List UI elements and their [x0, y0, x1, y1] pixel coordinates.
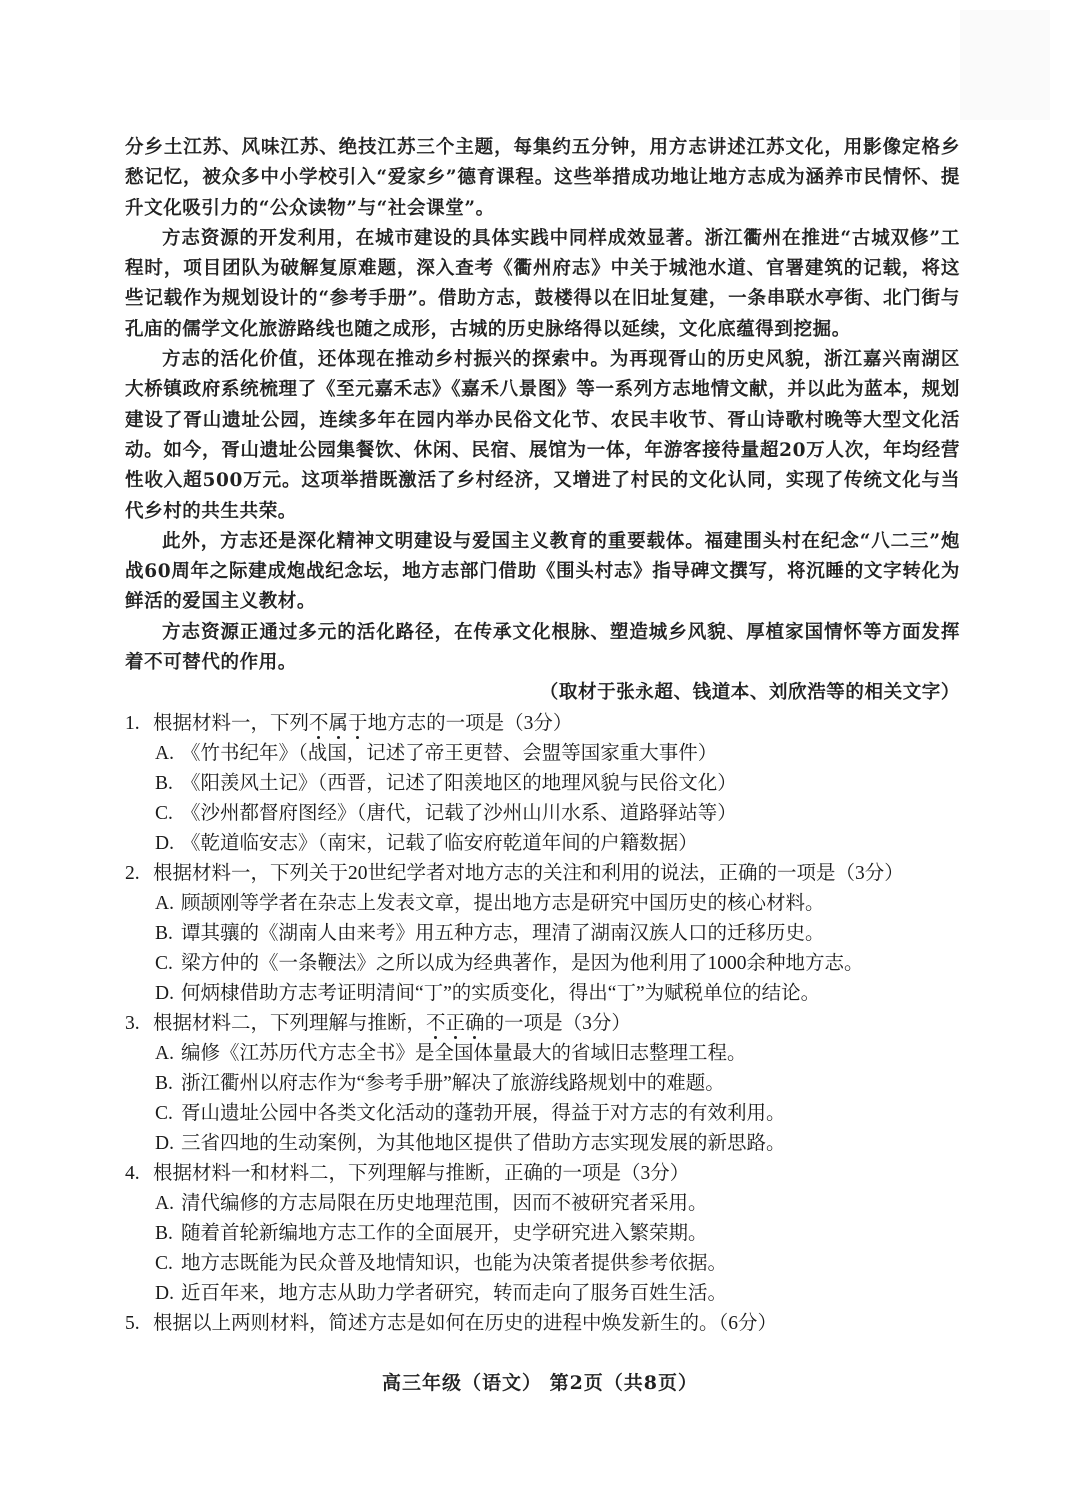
option-c: C.胥山遗址公园中各类文化活动的蓬勃开展，得益于对方志的有效利用。 [155, 1099, 960, 1129]
option-a: A.顾颉刚等学者在杂志上发表文章，提出地方志是研究中国历史的核心材料。 [155, 889, 960, 919]
stem-text: 根据材料一，下列 [153, 713, 309, 734]
stem-text: 根据材料一和材料二，下列理解与推断，正确的一项是（3分） [153, 1163, 689, 1184]
option-text: 三省四地的生动案例，为其他地区提供了借助方志实现发展的新思路。 [181, 1133, 786, 1154]
emphasis-text: 不正确 [426, 1013, 485, 1034]
option-label: A. [155, 889, 181, 919]
material-paragraph: 方志资源的开发利用，在城市建设的具体实践中同样成效显著。浙江衢州在推进“古城双修… [125, 224, 960, 345]
question-1: 1.根据材料一，下列不属于地方志的一项是（3分） A.《竹书纪年》（战国，记述了… [125, 709, 960, 859]
option-b: B.《阳羡风土记》（西晋，记述了阳羡地区的地理风貌与民俗文化） [155, 769, 960, 799]
question-number: 2. [125, 859, 153, 889]
option-label: D. [155, 829, 181, 859]
stem-text: 根据材料二，下列理解与推断， [153, 1013, 426, 1034]
option-d: D.《乾道临安志》（南宋，记载了临安府乾道年间的户籍数据） [155, 829, 960, 859]
emphasis-text: 不属于 [309, 713, 368, 734]
option-text: 胥山遗址公园中各类文化活动的蓬勃开展，得益于对方志的有效利用。 [181, 1103, 786, 1124]
option-text: 《阳羡风土记》（西晋，记述了阳羡地区的地理风貌与民俗文化） [181, 773, 737, 794]
option-label: B. [155, 1069, 181, 1099]
stem-text: 地方志的一项是（3分） [368, 713, 573, 734]
question-number: 4. [125, 1159, 153, 1189]
material-paragraph: 方志资源正通过多元的活化路径，在传承文化根脉、塑造城乡风貌、厚植家国情怀等方面发… [125, 618, 960, 679]
question-list: 1.根据材料一，下列不属于地方志的一项是（3分） A.《竹书纪年》（战国，记述了… [125, 709, 960, 1339]
option-label: D. [155, 1279, 181, 1309]
option-c: C.梁方仲的《一条鞭法》之所以成为经典著作，是因为他利用了1000余种地方志。 [155, 949, 960, 979]
option-text: 何炳棣借助方志考证明清间“丁”的实质变化，得出“丁”为赋税单位的结论。 [181, 983, 820, 1004]
question-stem: 5.根据以上两则材料，简述方志是如何在历史的进程中焕发新生的。（6分） [125, 1309, 960, 1339]
question-stem: 3.根据材料二，下列理解与推断，不正确的一项是（3分） [125, 1009, 960, 1039]
question-stem: 4.根据材料一和材料二，下列理解与推断，正确的一项是（3分） [125, 1159, 960, 1189]
material-paragraph: 方志的活化价值，还体现在推动乡村振兴的探索中。为再现胥山的历史风貌，浙江嘉兴南湖… [125, 345, 960, 527]
question-number: 3. [125, 1009, 153, 1039]
option-a: A.清代编修的方志局限在历史地理范围，因而不被研究者采用。 [155, 1189, 960, 1219]
reading-material: 分乡土江苏、风味江苏、绝技江苏三个主题，每集约五分钟，用方志讲述江苏文化，用影像… [125, 133, 960, 709]
option-text: 地方志既能为民众普及地情知识，也能为决策者提供参考依据。 [181, 1253, 727, 1274]
option-label: A. [155, 1039, 181, 1069]
option-text: 《竹书纪年》（战国，记述了帝王更替、会盟等国家重大事件） [181, 743, 717, 764]
option-label: C. [155, 1099, 181, 1129]
option-label: B. [155, 919, 181, 949]
option-text: 近百年来，地方志从助力学者研究，转而走向了服务百姓生活。 [181, 1283, 727, 1304]
option-text: 随着首轮新编地方志工作的全面展开，史学研究进入繁荣期。 [181, 1223, 708, 1244]
option-text: 梁方仲的《一条鞭法》之所以成为经典著作，是因为他利用了1000余种地方志。 [181, 953, 864, 974]
option-d: D.何炳棣借助方志考证明清间“丁”的实质变化，得出“丁”为赋税单位的结论。 [155, 979, 960, 1009]
exam-page: 分乡土江苏、风味江苏、绝技江苏三个主题，每集约五分钟，用方志讲述江苏文化，用影像… [125, 133, 960, 1339]
question-stem: 2.根据材料一，下列关于20世纪学者对地方志的关注和利用的说法，正确的一项是（3… [125, 859, 960, 889]
material-paragraph: 此外，方志还是深化精神文明建设与爱国主义教育的重要载体。福建围头村在纪念“八二三… [125, 527, 960, 618]
page-footer: 高三年级（语文） 第2页（共8页） [0, 1368, 1080, 1395]
option-text: 编修《江苏历代方志全书》是全国体量最大的省域旧志整理工程。 [181, 1043, 747, 1064]
question-4: 4.根据材料一和材料二，下列理解与推断，正确的一项是（3分） A.清代编修的方志… [125, 1159, 960, 1309]
stem-text: 根据以上两则材料，简述方志是如何在历史的进程中焕发新生的。（6分） [153, 1313, 777, 1334]
option-a: A.《竹书纪年》（战国，记述了帝王更替、会盟等国家重大事件） [155, 739, 960, 769]
scan-artifact [960, 10, 1050, 120]
stem-text: 的一项是（3分） [485, 1013, 631, 1034]
material-paragraph: 分乡土江苏、风味江苏、绝技江苏三个主题，每集约五分钟，用方志讲述江苏文化，用影像… [125, 133, 960, 224]
question-2: 2.根据材料一，下列关于20世纪学者对地方志的关注和利用的说法，正确的一项是（3… [125, 859, 960, 1009]
option-label: B. [155, 1219, 181, 1249]
option-a: A.编修《江苏历代方志全书》是全国体量最大的省域旧志整理工程。 [155, 1039, 960, 1069]
option-text: 谭其骧的《湖南人由来考》用五种方志，理清了湖南汉族人口的迁移历史。 [181, 923, 825, 944]
option-b: B.浙江衢州以府志作为“参考手册”解决了旅游线路规划中的难题。 [155, 1069, 960, 1099]
question-3: 3.根据材料二，下列理解与推断，不正确的一项是（3分） A.编修《江苏历代方志全… [125, 1009, 960, 1159]
question-stem: 1.根据材料一，下列不属于地方志的一项是（3分） [125, 709, 960, 739]
option-label: C. [155, 1249, 181, 1279]
option-label: B. [155, 769, 181, 799]
option-b: B.随着首轮新编地方志工作的全面展开，史学研究进入繁荣期。 [155, 1219, 960, 1249]
option-label: D. [155, 1129, 181, 1159]
option-d: D.三省四地的生动案例，为其他地区提供了借助方志实现发展的新思路。 [155, 1129, 960, 1159]
option-b: B.谭其骧的《湖南人由来考》用五种方志，理清了湖南汉族人口的迁移历史。 [155, 919, 960, 949]
question-5: 5.根据以上两则材料，简述方志是如何在历史的进程中焕发新生的。（6分） [125, 1309, 960, 1339]
option-d: D.近百年来，地方志从助力学者研究，转而走向了服务百姓生活。 [155, 1279, 960, 1309]
option-c: C.地方志既能为民众普及地情知识，也能为决策者提供参考依据。 [155, 1249, 960, 1279]
question-number: 5. [125, 1309, 153, 1339]
stem-text: 根据材料一，下列关于20世纪学者对地方志的关注和利用的说法，正确的一项是（3分） [153, 863, 904, 884]
question-number: 1. [125, 709, 153, 739]
option-text: 浙江衢州以府志作为“参考手册”解决了旅游线路规划中的难题。 [181, 1073, 725, 1094]
material-source: （取材于张永超、钱道本、刘欣浩等的相关文字） [125, 678, 960, 708]
option-label: D. [155, 979, 181, 1009]
option-label: A. [155, 1189, 181, 1219]
option-text: 《乾道临安志》（南宋，记载了临安府乾道年间的户籍数据） [181, 833, 698, 854]
option-label: C. [155, 799, 181, 829]
option-c: C.《沙州都督府图经》（唐代，记载了沙州山川水系、道路驿站等） [155, 799, 960, 829]
option-text: 顾颉刚等学者在杂志上发表文章，提出地方志是研究中国历史的核心材料。 [181, 893, 825, 914]
option-label: C. [155, 949, 181, 979]
option-text: 《沙州都督府图经》（唐代，记载了沙州山川水系、道路驿站等） [181, 803, 737, 824]
option-label: A. [155, 739, 181, 769]
option-text: 清代编修的方志局限在历史地理范围，因而不被研究者采用。 [181, 1193, 708, 1214]
